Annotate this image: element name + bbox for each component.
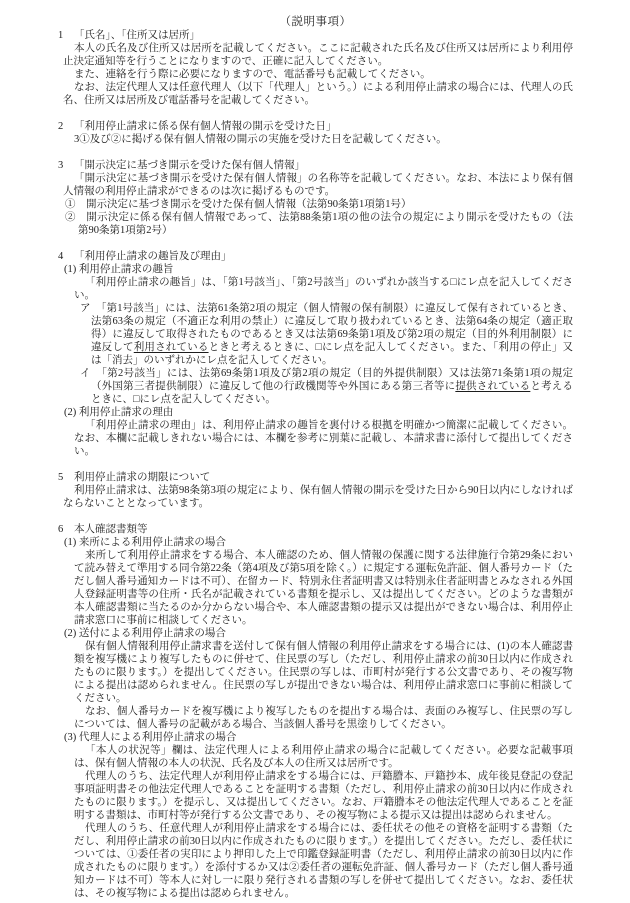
subsection-heading: (3) 代理人による利用停止請求の場合 xyxy=(64,731,573,744)
text-segment: (1) 利用停止請求の趣旨 xyxy=(64,264,173,275)
section: 4「利用停止請求の趣旨及び理由」(1) 利用停止請求の趣旨「利用停止請求の趣旨」… xyxy=(58,250,573,458)
section-heading: 5利用停止請求の期限について xyxy=(58,471,573,484)
section: 6本人確認書類等(1) 来所による利用停止請求の場合来所して利用停止請求をする場… xyxy=(58,523,573,900)
paragraph: 「利用停止請求の趣旨」は、「第1号該当」、「第2号該当」のいずれか該当する□にレ… xyxy=(74,276,573,302)
subsection-heading: (1) 来所による利用停止請求の場合 xyxy=(64,536,573,549)
section-heading: 3「開示決定に基づき開示を受けた保有個人情報」 xyxy=(58,159,573,172)
text-segment: 「利用停止請求の趣旨」は、「第1号該当」、「第2号該当」のいずれか該当する□にレ… xyxy=(74,277,573,301)
text-segment: 「本人の状況等」欄は、法定代理人による利用停止請求の場合に記載してください。必要… xyxy=(74,745,573,769)
section: 5利用停止請求の期限について利用停止請求は、法第98条第3項の規定により、保有個… xyxy=(58,471,573,510)
section-heading: 6本人確認書類等 xyxy=(58,523,573,536)
section-title: 「利用停止請求に係る保有個人情報の開示を受けた日」 xyxy=(74,121,337,132)
paragraph: なお、法定代理人又は任意代理人（以下「代理人」という。）による利用停止請求の場合… xyxy=(63,81,573,107)
section: 2「利用停止請求に係る保有個人情報の開示を受けた日」3①及び②に掲げる保有個人情… xyxy=(58,120,573,146)
text-segment: (2) 送付による利用停止請求の場合 xyxy=(64,628,226,639)
paragraph: 「利用停止請求の理由」は、利用停止請求の趣旨を裏付ける根拠を明確かつ簡潔に記載し… xyxy=(74,419,573,458)
subsection-heading: (1) 利用停止請求の趣旨 xyxy=(64,263,573,276)
text-segment: 「開示決定に基づき開示を受けた保有個人情報」の名称等を記載してください。なお、本… xyxy=(63,173,573,197)
text-segment: 本人の氏名及び住所又は居所を記載してください。ここに記載された氏名及び住所又は居… xyxy=(63,43,573,67)
section-title: 本人確認書類等 xyxy=(74,524,148,535)
paragraph: 代理人のうち、法定代理人が利用停止請求をする場合には、戸籍謄本、戸籍抄本、成年後… xyxy=(74,770,573,822)
paragraph: 利用停止請求は、法第98条第3項の規定により、保有個人情報の開示を受けた日から9… xyxy=(63,484,573,510)
section: 1「氏名」、「住所又は居所」本人の氏名及び住所又は居所を記載してください。ここに… xyxy=(58,29,573,107)
paragraph: 本人の氏名及び住所又は居所を記載してください。ここに記載された氏名及び住所又は居… xyxy=(63,42,573,68)
document-title: （説明事項） xyxy=(58,16,573,29)
text-segment: 代理人のうち、任意代理人が利用停止請求をする場合には、委任状その他その資格を証明… xyxy=(74,823,573,899)
subsection-heading: (2) 送付による利用停止請求の場合 xyxy=(64,627,573,640)
paragraph: ① 開示決定に基づき開示を受けた保有個人情報（法第90条第1項第1号） xyxy=(78,198,573,211)
paragraph: 「開示決定に基づき開示を受けた保有個人情報」の名称等を記載してください。なお、本… xyxy=(63,172,573,198)
section: 3「開示決定に基づき開示を受けた保有個人情報」「開示決定に基づき開示を受けた保有… xyxy=(58,159,573,237)
section-number: 6 xyxy=(58,523,74,536)
paragraph: なお、個人番号カードを複写機により複写したものを提出する場合は、表面のみ複写し、… xyxy=(74,705,573,731)
section-number: 2 xyxy=(58,120,74,133)
section-heading: 4「利用停止請求の趣旨及び理由」 xyxy=(58,250,573,263)
subsection-heading: (2) 利用停止請求の理由 xyxy=(64,406,573,419)
paragraph: 来所して利用停止請求をする場合、本人確認のため、個人情報の保護に関する法律施行令… xyxy=(74,549,573,627)
text-segment: 3①及び②に掲げる保有個人情報の開示の実施を受けた日を記載してください。 xyxy=(74,134,447,145)
document-body: 1「氏名」、「住所又は居所」本人の氏名及び住所又は居所を記載してください。ここに… xyxy=(58,29,573,900)
underlined-text: 利用されている xyxy=(134,342,209,353)
section-number: 4 xyxy=(58,250,74,263)
section-title: 利用停止請求の期限について xyxy=(74,472,210,483)
text-segment: なお、法定代理人又は任意代理人（以下「代理人」という。）による利用停止請求の場合… xyxy=(63,82,573,106)
text-segment: また、連絡を行う際に必要になりますので、電話番号も記載してください。 xyxy=(74,69,431,80)
paragraph: ② 開示決定に係る保有個人情報であって、法第88条第1項の他の法令の規定により開… xyxy=(78,211,573,237)
paragraph: 3①及び②に掲げる保有個人情報の開示の実施を受けた日を記載してください。 xyxy=(63,133,573,146)
text-segment: ② 開示決定に係る保有個人情報であって、法第88条第1項の他の法令の規定により開… xyxy=(65,212,573,236)
text-segment: ① 開示決定に基づき開示を受けた保有個人情報（法第90条第1項第1号） xyxy=(65,199,412,210)
section-number: 3 xyxy=(58,159,74,172)
paragraph: 保有個人情報利用停止請求書を送付して保有個人情報の利用停止請求をする場合には、(… xyxy=(74,640,573,705)
text-segment: 利用停止請求は、法第98条第3項の規定により、保有個人情報の開示を受けた日から9… xyxy=(63,485,573,509)
section-number: 5 xyxy=(58,471,74,484)
document-page: （説明事項） 1「氏名」、「住所又は居所」本人の氏名及び住所又は居所を記載してく… xyxy=(0,0,630,903)
underlined-text: 提供されている xyxy=(455,381,530,392)
text-segment: (2) 利用停止請求の理由 xyxy=(64,407,173,418)
paragraph: イ 「第2号該当」には、法第69条第1項及び第2項の規定（目的外提供制限）又は法… xyxy=(91,367,573,406)
section-title: 「氏名」、「住所又は居所」 xyxy=(74,30,200,41)
section-title: 「開示決定に基づき開示を受けた保有個人情報」 xyxy=(74,160,305,171)
text-segment: 代理人のうち、法定代理人が利用停止請求をする場合には、戸籍謄本、戸籍抄本、成年後… xyxy=(74,771,573,821)
paragraph: ア 「第1号該当」には、法第61条第2項の規定（個人情報の保有制限）に違反して保… xyxy=(91,302,573,367)
section-title: 「利用停止請求の趣旨及び理由」 xyxy=(74,251,232,262)
section-heading: 1「氏名」、「住所又は居所」 xyxy=(58,29,573,42)
text-segment: (1) 来所による利用停止請求の場合 xyxy=(64,537,226,548)
paragraph: 「本人の状況等」欄は、法定代理人による利用停止請求の場合に記載してください。必要… xyxy=(74,744,573,770)
text-segment: なお、個人番号カードを複写機により複写したものを提出する場合は、表面のみ複写し、… xyxy=(74,706,573,730)
text-segment: 「利用停止請求の理由」は、利用停止請求の趣旨を裏付ける根拠を明確かつ簡潔に記載し… xyxy=(74,420,573,457)
text-segment: (3) 代理人による利用停止請求の場合 xyxy=(64,732,236,743)
section-heading: 2「利用停止請求に係る保有個人情報の開示を受けた日」 xyxy=(58,120,573,133)
text-segment: 保有個人情報利用停止請求書を送付して保有個人情報の利用停止請求をする場合には、(… xyxy=(74,641,573,704)
text-segment: 来所して利用停止請求をする場合、本人確認のため、個人情報の保護に関する法律施行令… xyxy=(74,550,573,626)
paragraph: 代理人のうち、任意代理人が利用停止請求をする場合には、委任状その他その資格を証明… xyxy=(74,822,573,900)
section-number: 1 xyxy=(58,29,74,42)
paragraph: また、連絡を行う際に必要になりますので、電話番号も記載してください。 xyxy=(63,68,573,81)
